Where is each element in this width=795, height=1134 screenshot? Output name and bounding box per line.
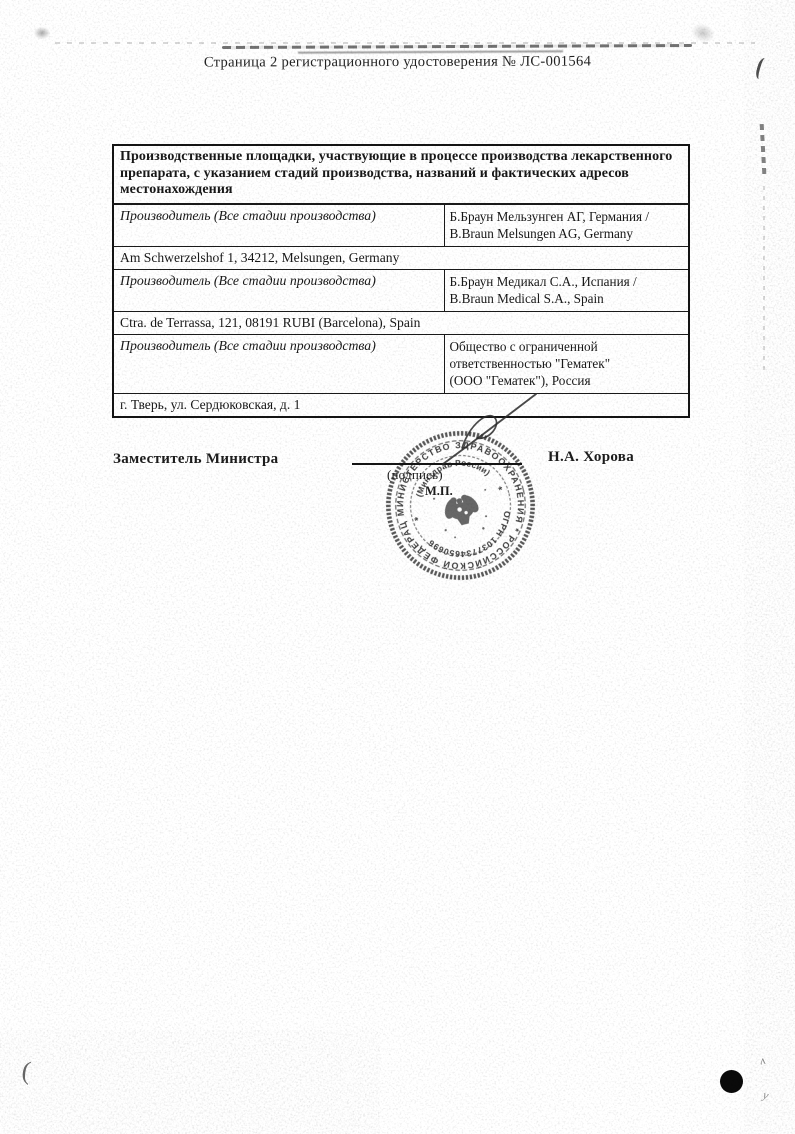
page-title: Страница 2 регистрационного удостоверени…	[0, 53, 795, 72]
scan-smudge-line	[222, 44, 692, 49]
producer-name-1: Б.Браун Мельзунген АГ, Германия / B.Brau…	[444, 204, 689, 247]
producer-name-3: Общество с ограниченной ответственностью…	[444, 334, 689, 393]
scan-edge-dashes	[763, 186, 765, 376]
seal-place-mark: М.П.	[425, 484, 453, 499]
signatory-position: Заместитель Министра	[113, 451, 278, 468]
table-row: Производитель (Все стадии производства) …	[113, 269, 689, 311]
table-row: Am Schwerzelshof 1, 34212, Melsungen, Ge…	[113, 246, 689, 269]
production-sites-table: Производственные площадки, участвующие в…	[112, 144, 690, 418]
table-title: Производственные площадки, участвующие в…	[113, 145, 689, 204]
signature-caption: (подпись)	[387, 467, 443, 483]
table-row: Производитель (Все стадии производства) …	[113, 204, 689, 247]
scan-edge-mark	[760, 124, 767, 174]
stamp-star-separator: *	[498, 485, 505, 497]
punch-hole-dot	[720, 1070, 743, 1093]
scanned-document-page: Страница 2 регистрационного удостоверени…	[0, 0, 795, 1134]
signature-line	[352, 463, 522, 465]
table-row: Производственные площадки, участвующие в…	[113, 145, 689, 204]
producer-role-3: Производитель (Все стадии производства)	[113, 334, 444, 393]
producer-name-2: Б.Браун Медикал С.А., Испания / B.Braun …	[444, 269, 689, 311]
producer-address-2: Ctra. de Terrassa, 121, 08191 RUBI (Barc…	[113, 311, 689, 334]
table-row: г. Тверь, ул. Сердюковская, д. 1	[113, 393, 689, 417]
producer-address-1: Am Schwerzelshof 1, 34212, Melsungen, Ge…	[113, 246, 689, 269]
signatory-name: Н.А. Хорова	[548, 449, 634, 466]
producer-role-1: Производитель (Все стадии производства)	[113, 204, 444, 247]
producer-address-3: г. Тверь, ул. Сердюковская, д. 1	[113, 393, 689, 417]
scan-blotch-top-left	[30, 24, 54, 42]
stray-paren-mark: (	[20, 1056, 33, 1087]
scan-squiggle-mark: y	[761, 1088, 770, 1104]
producer-role-2: Производитель (Все стадии производства)	[113, 269, 444, 311]
scan-squiggle-mark: ʌ	[758, 1053, 766, 1069]
ministry-round-stamp-icon: МИНИСТЕРСТВО ЗДРАВООХРАНЕНИЯ * РОССИЙСКО…	[348, 393, 572, 617]
table-row: Производитель (Все стадии производства) …	[113, 334, 689, 393]
table-row: Ctra. de Terrassa, 121, 08191 RUBI (Barc…	[113, 311, 689, 334]
